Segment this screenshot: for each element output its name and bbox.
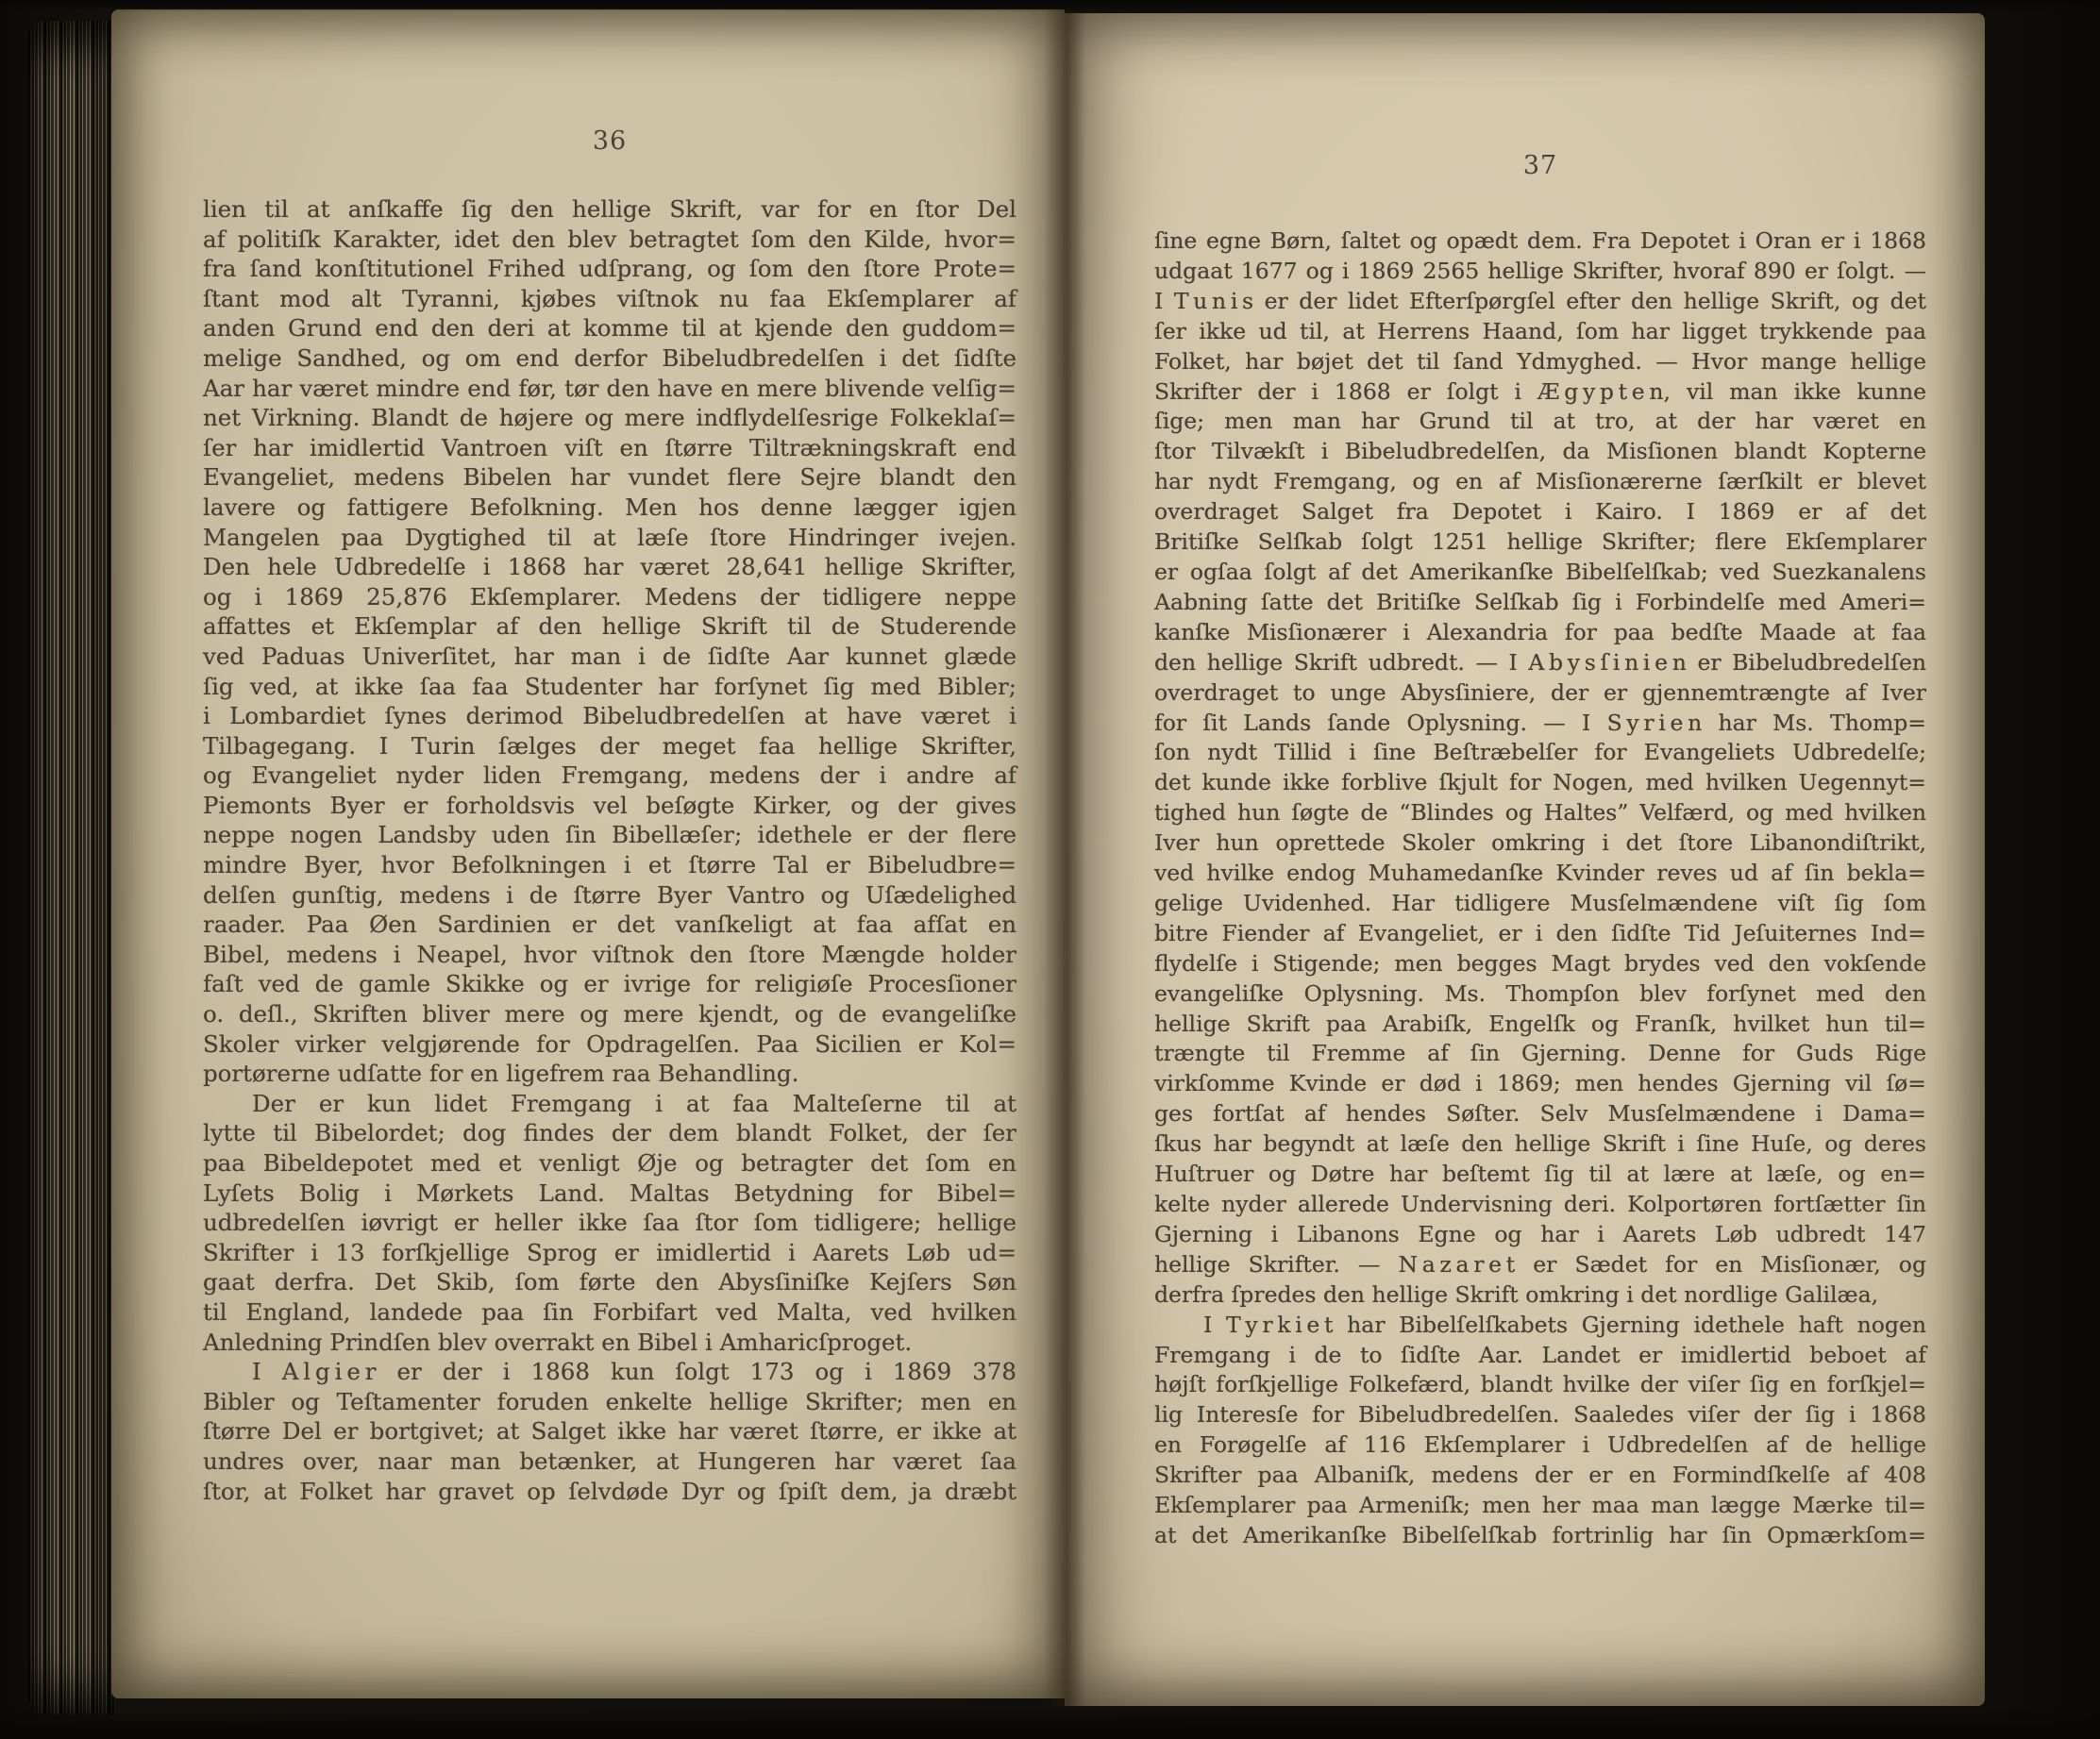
text-line: gaat derfra. Det Skib, ſom førte den Aby… bbox=[203, 1267, 1016, 1297]
text-line: bitre Fiender af Evangeliet, er i den ſi… bbox=[1154, 919, 1926, 949]
scan-right-shadow bbox=[1982, 0, 2100, 1739]
page-number-right: 37 bbox=[1154, 151, 1926, 180]
text-line: af politiſk Karakter, idet den blev betr… bbox=[203, 225, 1016, 255]
text-line: Britiſke Selſkab ſolgt 1251 hellige Skri… bbox=[1154, 527, 1926, 558]
text-line: ſtant mod alt Tyranni, kjøbes viſtnok nu… bbox=[203, 284, 1016, 314]
text-line: Den hele Udbredelſe i 1868 har været 28,… bbox=[203, 552, 1016, 582]
text-line: at det Amerikanſke Bibelſelſkab fortrinl… bbox=[1154, 1521, 1926, 1551]
text-line: lytte til Bibelordet; dog findes der dem… bbox=[203, 1118, 1016, 1148]
text-line: ſtor, at Folket har gravet op ſelvdøde D… bbox=[203, 1477, 1016, 1507]
text-line: er ogſaa ſolgt af det Amerikanſke Bibelſ… bbox=[1154, 558, 1926, 588]
text-line: ved hvilke endog Muhamedanſke Kvinder re… bbox=[1154, 859, 1926, 889]
text-line: ſig ved, at ikke ſaa faa Studenter har f… bbox=[203, 672, 1016, 702]
text-line: kanſke Misſionærer i Alexandria for paa … bbox=[1154, 618, 1926, 648]
page-36: 36 lien til at anſkaffe ſig den hellige … bbox=[111, 9, 1065, 1698]
book-gutter bbox=[1044, 9, 1085, 1706]
text-line: Aabning ſatte det Britiſke Selſkab ſig i… bbox=[1154, 588, 1926, 618]
text-line: Aar har været mindre end før, tør den ha… bbox=[203, 374, 1016, 404]
text-line: faſt ved de gamle Skikke og er ivrige fo… bbox=[203, 969, 1016, 999]
text-line: kelte nyder allerede Undervisning deri. … bbox=[1154, 1190, 1926, 1220]
text-line: tighed hun ſøgte de “Blindes og Haltes” … bbox=[1154, 798, 1926, 828]
text-line: Skoler virker velgjørende for Opdragelſe… bbox=[203, 1029, 1016, 1060]
text-line: fra ſand konſtitutionel Frihed udſprang,… bbox=[203, 254, 1016, 284]
text-line: hellige Skrifter. — N a z a r e t er Sæd… bbox=[1154, 1250, 1926, 1280]
text-line: Skrifter paa Albaniſk, medens der er en … bbox=[1154, 1461, 1926, 1491]
text-line: evangeliſke Oplysning. Ms. Thompſon blev… bbox=[1154, 979, 1926, 1010]
text-line: anden Grund end den deri at komme til at… bbox=[203, 313, 1016, 343]
text-line: ges fortſat af hendes Søſter. Selv Musſe… bbox=[1154, 1099, 1926, 1129]
page-36-text: lien til at anſkaffe ſig den hellige Skr… bbox=[203, 194, 1016, 1506]
text-line: mindre Byer, hvor Befolkningen i et ſtør… bbox=[203, 850, 1016, 880]
text-line: Bibler og Teſtamenter foruden enkelte he… bbox=[203, 1387, 1016, 1417]
text-line: paa Bibeldepotet med et venligt Øje og b… bbox=[203, 1148, 1016, 1179]
text-line: for ſit Lands ſande Oplysning. — I S y r… bbox=[1154, 709, 1926, 739]
text-line: o. deſl., Skriften bliver mere og mere k… bbox=[203, 999, 1016, 1029]
text-line: det kunde ikke forblive ſkjult for Nogen… bbox=[1154, 768, 1926, 798]
text-line: neppe nogen Landsby uden ſin Bibellæſer;… bbox=[203, 820, 1016, 850]
text-line: virkſomme Kvinde er død i 1869; men hend… bbox=[1154, 1069, 1926, 1099]
text-line: ſine egne Børn, ſaltet og opædt dem. Fra… bbox=[1154, 226, 1926, 257]
text-line: Ekſemplarer paa Armeniſk; men her maa ma… bbox=[1154, 1491, 1926, 1521]
text-line: Der er kun lidet Fremgang i at faa Malte… bbox=[203, 1089, 1016, 1119]
text-line: ſer har imidlertid Vantroen viſt en ſtør… bbox=[203, 433, 1016, 463]
text-line: ſtor Tilvækſt i Bibeludbredelſen, da Mis… bbox=[1154, 437, 1926, 467]
text-line: Bibel, medens i Neapel, hvor viſtnok den… bbox=[203, 940, 1016, 970]
text-line: affattes et Ekſemplar af den hellige Skr… bbox=[203, 611, 1016, 642]
text-line: Fremgang i de to ſidſte Aar. Landet er i… bbox=[1154, 1341, 1926, 1371]
text-line: Skrifter der i 1868 er ſolgt i Æ g y p t… bbox=[1154, 377, 1926, 408]
page-37: 37 ſine egne Børn, ſaltet og opædt dem. … bbox=[1065, 13, 1985, 1706]
text-line: Skrifter i 13 forſkjellige Sprog er imid… bbox=[203, 1238, 1016, 1268]
text-line: Mangelen paa Dygtighed til at læſe ſtore… bbox=[203, 523, 1016, 553]
scan-top-shadow bbox=[0, 0, 2100, 11]
text-line: udgaat 1677 og i 1869 2565 hellige Skrif… bbox=[1154, 257, 1926, 287]
text-line: den hellige Skrift udbredt. — I A b y s … bbox=[1154, 648, 1926, 678]
text-line: Anledning Prindſen blev overrakt en Bibe… bbox=[203, 1328, 1016, 1358]
text-line: portørerne udſatte for en ligefrem raa B… bbox=[203, 1059, 1016, 1089]
text-line: undres over, naar man betænker, at Hunge… bbox=[203, 1446, 1016, 1477]
book-scan: 36 lien til at anſkaffe ſig den hellige … bbox=[0, 0, 2100, 1739]
page-37-text: ſine egne Børn, ſaltet og opædt dem. Fra… bbox=[1154, 226, 1926, 1551]
text-line: Folket, har bøjet det til ſand Ydmyghed.… bbox=[1154, 347, 1926, 377]
text-line: flydelſe i Stigende; men begges Magt bry… bbox=[1154, 949, 1926, 979]
text-line: til England, landede paa ſin Forbifart v… bbox=[203, 1297, 1016, 1328]
text-line: Evangeliet, medens Bibelen har vundet fl… bbox=[203, 462, 1016, 493]
text-line: I A l g i e r er der i 1868 kun ſolgt 17… bbox=[203, 1357, 1016, 1387]
text-line: raader. Paa Øen Sardinien er det vanſkel… bbox=[203, 910, 1016, 940]
text-line: lig Interesſe for Bibeludbredelſen. Saal… bbox=[1154, 1400, 1926, 1430]
text-line: hellige Skrift paa Arabiſk, Engelſk og F… bbox=[1154, 1010, 1926, 1040]
text-line: og i 1869 25,876 Ekſemplarer. Medens der… bbox=[203, 582, 1016, 612]
text-line: har nydt Fremgang, og en af Misſionærern… bbox=[1154, 467, 1926, 497]
text-line: ſige; men man har Grund til at tro, at d… bbox=[1154, 407, 1926, 437]
text-line: ſer ikke ud til, at Herrens Haand, ſom h… bbox=[1154, 317, 1926, 347]
text-line: I T y r k i e t har Bibelſelſkabets Gjer… bbox=[1154, 1311, 1926, 1341]
text-line: derfra ſpredes den hellige Skrift omkrin… bbox=[1154, 1280, 1926, 1311]
text-line: gelige Uvidenhed. Har tidligere Musſelmæ… bbox=[1154, 889, 1926, 919]
text-line: overdraget Salget fra Depotet i Kairo. I… bbox=[1154, 497, 1926, 527]
text-line: I T u n i s er der lidet Efterſpørgſel e… bbox=[1154, 287, 1926, 317]
text-line: trængte til Fremme af ſin Gjerning. Denn… bbox=[1154, 1039, 1926, 1069]
text-line: ſkus har begyndt at læſe den hellige Skr… bbox=[1154, 1129, 1926, 1160]
text-line: Lyſets Bolig i Mørkets Land. Maltas Bety… bbox=[203, 1179, 1016, 1209]
text-line: Gjerning i Libanons Egne og har i Aarets… bbox=[1154, 1220, 1926, 1250]
text-line: overdraget to unge Abysſiniere, der er g… bbox=[1154, 678, 1926, 709]
text-line: Huſtruer og Døtre har beſtemt ſig til at… bbox=[1154, 1160, 1926, 1190]
text-line: Piemonts Byer er forholdsvis vel beſøgte… bbox=[203, 791, 1016, 821]
text-line: Iver hun oprettede Skoler omkring i det … bbox=[1154, 828, 1926, 859]
scan-bottom-shadow bbox=[0, 1707, 2100, 1739]
text-line: melige Sandhed, og om end derfor Bibelud… bbox=[203, 343, 1016, 374]
text-line: Tilbagegang. I Turin ſælges der meget fa… bbox=[203, 731, 1016, 761]
text-line: og Evangeliet nyder liden Fremgang, mede… bbox=[203, 761, 1016, 791]
text-line: lien til at anſkaffe ſig den hellige Skr… bbox=[203, 194, 1016, 225]
text-line: delſen gunſtig, medens i de ſtørre Byer … bbox=[203, 880, 1016, 911]
text-line: udbredelſen iøvrigt er heller ikke ſaa ſ… bbox=[203, 1208, 1016, 1238]
text-line: net Virkning. Blandt de højere og mere i… bbox=[203, 403, 1016, 433]
text-line: i Lombardiet ſynes derimod Bibeludbredel… bbox=[203, 701, 1016, 731]
text-line: højſt forſkjellige Folkefærd, blandt hvi… bbox=[1154, 1370, 1926, 1400]
text-line: en Forøgelſe af 116 Ekſemplarer i Udbred… bbox=[1154, 1430, 1926, 1461]
page-number-left: 36 bbox=[203, 126, 1016, 156]
text-line: ved Paduas Univerſitet, har man i de ſid… bbox=[203, 642, 1016, 672]
text-line: lavere og fattigere Befolkning. Men hos … bbox=[203, 493, 1016, 523]
page-stack-edge bbox=[28, 21, 115, 1714]
text-line: ſon nydt Tillid i ſine Beſtræbelſer for … bbox=[1154, 738, 1926, 768]
text-line: ſtørre Del er bortgivet; at Salget ikke … bbox=[203, 1416, 1016, 1446]
